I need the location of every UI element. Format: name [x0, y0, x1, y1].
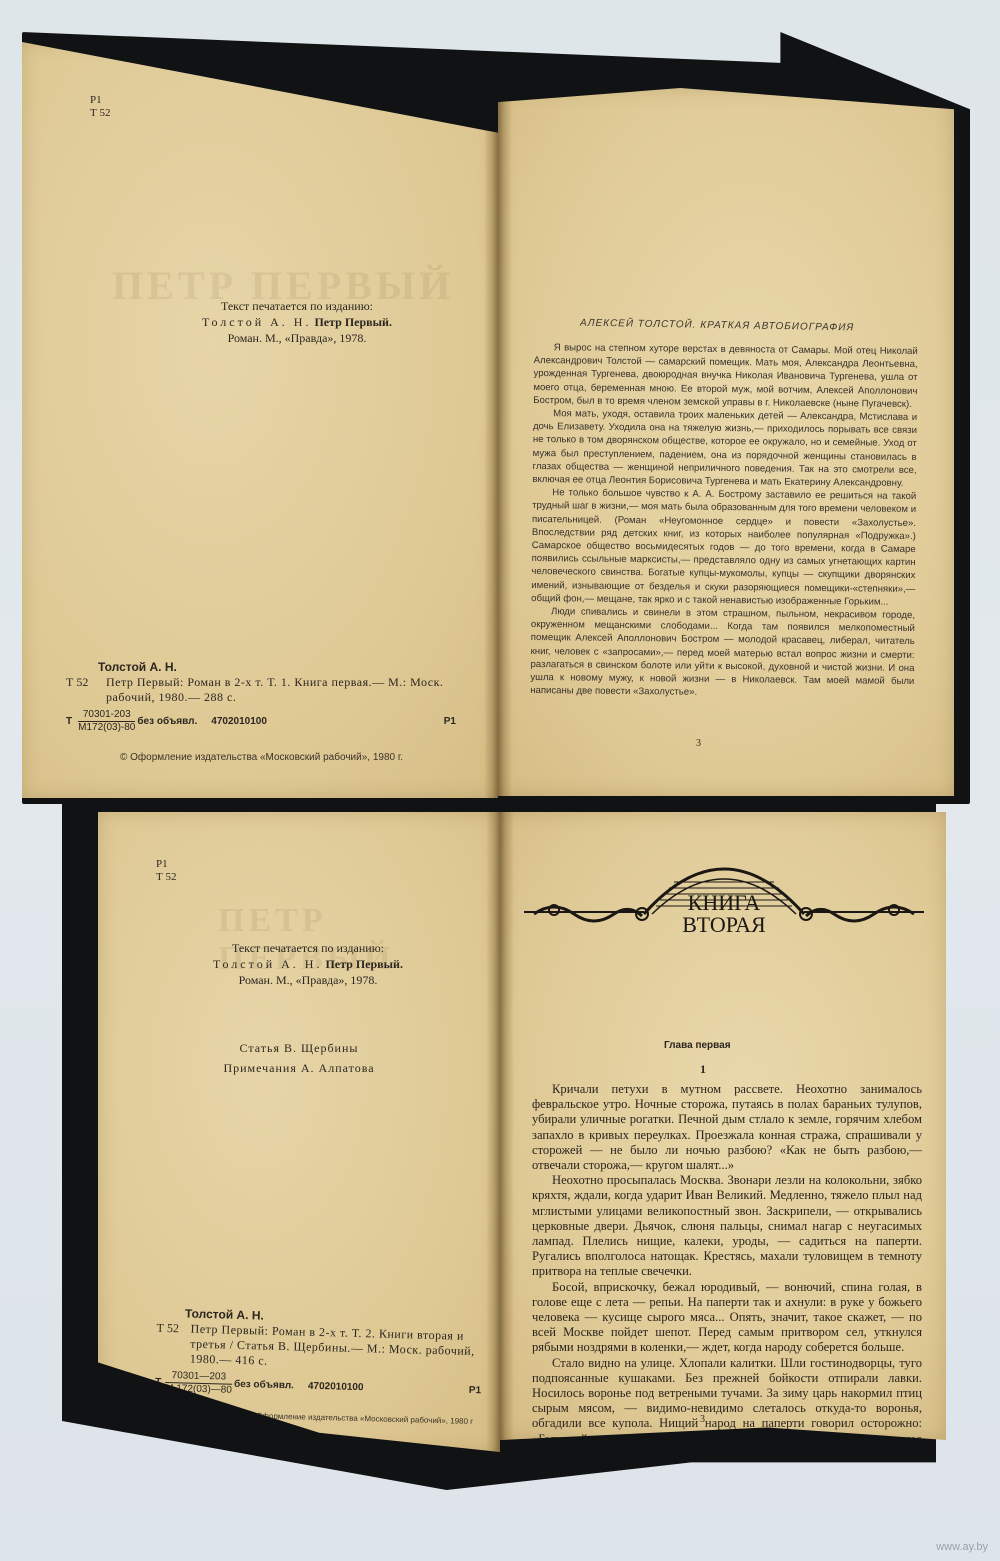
copyright-line: © Оформление издательства «Московский ра…	[120, 752, 403, 763]
bibliographic-imprint: Толстой А. Н. Т 52 Петр Первый: Роман в …	[66, 660, 476, 734]
catalog-code: Т 52	[156, 871, 176, 884]
imprint-description: Петр Первый: Роман в 2-х т. Т. 2. Книги …	[190, 1322, 483, 1375]
bibliographic-imprint: Толстой А. Н. Т 52 Петр Первый: Роман в …	[155, 1306, 483, 1404]
notes-credit: Примечания А. Алпатова	[194, 1058, 404, 1078]
chapter-text: Кричали петухи в мутном рассвете. Неохот…	[532, 1082, 922, 1440]
imprint-author: Толстой А. Н.	[66, 660, 476, 675]
catalog-code: Р1	[156, 858, 176, 871]
chapter-title: Глава первая	[664, 1040, 731, 1051]
credits: Статья В. Щербины Примечания А. Алпатова	[194, 1038, 404, 1078]
catalog-code: Т 52	[90, 107, 110, 120]
autobiography-text: Я вырос на степном хуторе верстах в девя…	[530, 341, 918, 701]
source-note: Текст печатается по изданию: Толстой А. …	[182, 298, 412, 346]
source-note: Текст печатается по изданию: Толстой А. …	[198, 940, 418, 988]
page-number: 3	[696, 738, 701, 749]
book2-right-page: КНИГА ВТОРАЯ Глава первая 1 Кричали пету…	[500, 812, 946, 1440]
autobiography-title: АЛЕКСЕЙ ТОЛСТОЙ. КРАТКАЯ АВТОБИОГРАФИЯ	[580, 318, 854, 334]
book-heading: КНИГА ВТОРАЯ	[624, 892, 824, 936]
book1-right-page: АЛЕКСЕЙ ТОЛСТОЙ. КРАТКАЯ АВТОБИОГРАФИЯ Я…	[498, 88, 954, 796]
catalog-code: Р1	[90, 94, 110, 107]
section-number: 1	[700, 1062, 706, 1077]
imprint-fraction: 70301-203 М172(03)-80	[78, 709, 135, 734]
page-number: 3	[700, 1414, 705, 1425]
book1-left-page: ПЕТР ПЕРВЫЙ Р1 Т 52 Текст печатается по …	[22, 42, 498, 798]
imprint-index: Т 52	[66, 675, 106, 705]
imprint-index: Т 52	[156, 1321, 191, 1367]
article-credit: Статья В. Щербины	[194, 1038, 404, 1058]
book2-left-page: ПЕТР ПЕРВЫЙ Р1 Т 52 Текст печатается по …	[98, 812, 500, 1452]
site-watermark: www.ay.by	[936, 1541, 988, 1553]
imprint-description: Петр Первый: Роман в 2-х т. Т. 1. Книга …	[106, 675, 476, 705]
